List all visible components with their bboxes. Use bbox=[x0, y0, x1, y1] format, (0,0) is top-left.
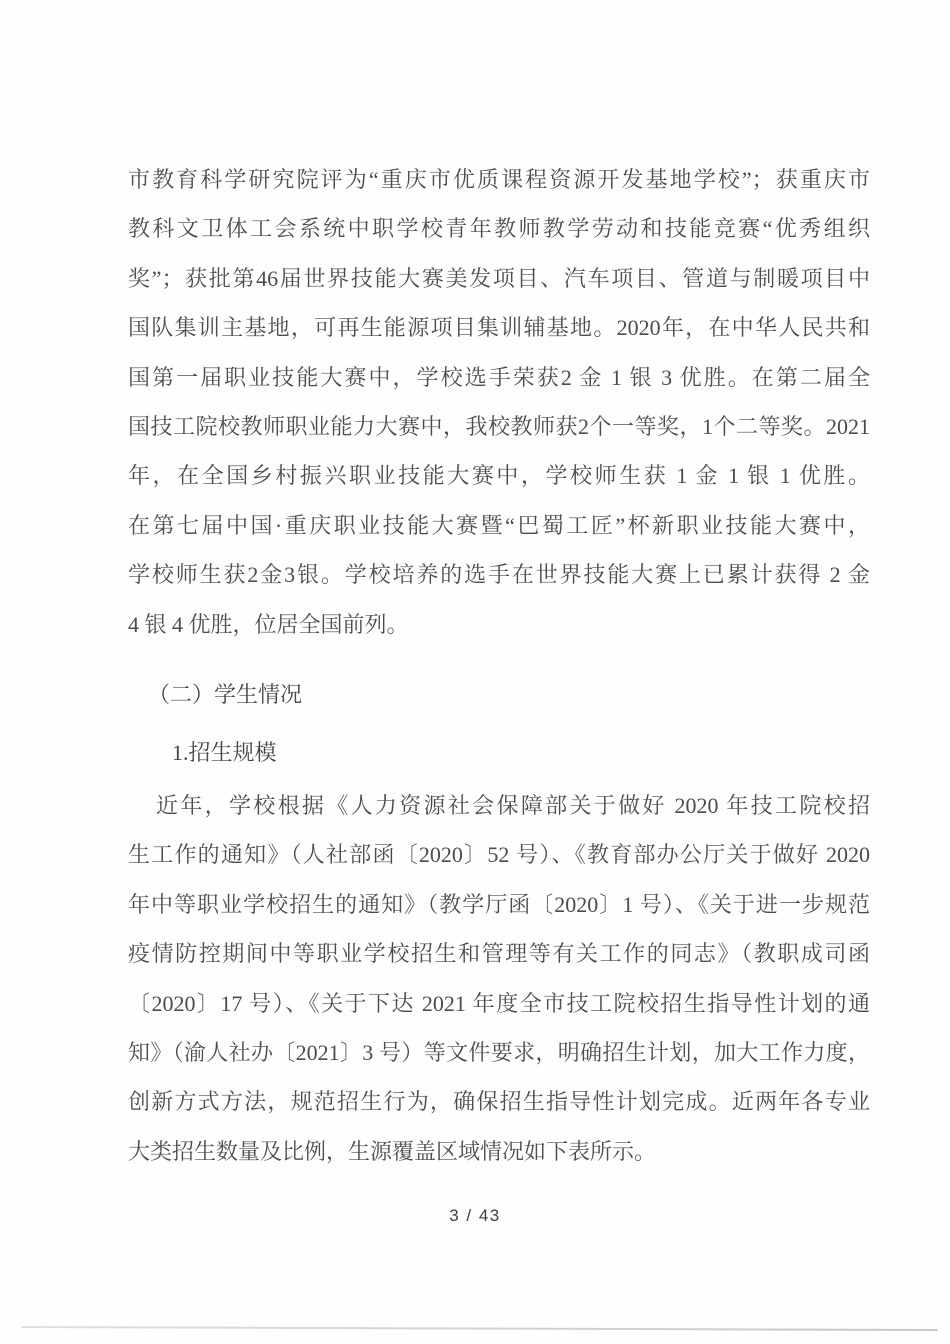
body-line: 学校师生获2金3银。学校培养的选手在世界技能大赛上已累计获得 2 金 bbox=[128, 550, 870, 599]
scanned-document-page: 市教育科学研究院评为“重庆市优质课程资源开发基地学校”；获重庆市 教科文卫体工会… bbox=[0, 0, 950, 1344]
body-line: 创新方式方法，规范招生行为，确保招生指导性计划完成。近两年各专业 bbox=[128, 1077, 870, 1126]
body-line: 近年，学校根据《人力资源社会保障部关于做好 2020 年技工院校招 bbox=[128, 781, 870, 830]
body-line: 疫情防控期间中等职业学校招生和管理等有关工作的同志》（教职成司函 bbox=[128, 929, 870, 978]
body-line: 年，在全国乡村振兴职业技能大赛中，学校师生获 1 金 1 银 1 优胜。 bbox=[128, 451, 870, 500]
section-heading-students: （二）学生情况 bbox=[128, 670, 890, 719]
paragraph-achievements: 市教育科学研究院评为“重庆市优质课程资源开发基地学校”；获重庆市 教科文卫体工会… bbox=[128, 155, 870, 649]
body-line: 生工作的通知》（人社部函〔2020〕52 号）、《教育部办公厅关于做好 2020 bbox=[128, 830, 870, 879]
body-line: 国队集训主基地，可再生能源项目集训辅基地。2020年，在中华人民共和 bbox=[128, 303, 870, 352]
body-line: 国第一届职业技能大赛中，学校选手荣获2 金 1 银 3 优胜。在第二届全 bbox=[128, 353, 870, 402]
body-line: 年中等职业学校招生的通知》（教学厅函〔2020〕1 号）、《关于进一步规范 bbox=[128, 880, 870, 929]
scan-edge-artifact bbox=[21, 1326, 938, 1331]
body-line: 〔2020〕17 号）、《关于下达 2021 年度全市技工院校招生指导性计划的通 bbox=[128, 979, 870, 1028]
body-line: 在第七届中国·重庆职业技能大赛暨“巴蜀工匠”杯新职业技能大赛中， bbox=[128, 501, 870, 550]
subsection-heading-enrollment-scale: 1.招生规模 bbox=[128, 728, 914, 777]
page-number-indicator: 3 / 43 bbox=[0, 1203, 950, 1229]
body-line: 大类招生数量及比例，生源覆盖区域情况如下表所示。 bbox=[128, 1127, 870, 1176]
body-line: 市教育科学研究院评为“重庆市优质课程资源开发基地学校”；获重庆市 bbox=[128, 155, 870, 204]
body-line: 知》（渝人社办〔2021〕3 号）等文件要求，明确招生计划，加大工作力度， bbox=[128, 1028, 870, 1077]
paragraph-enrollment: 近年，学校根据《人力资源社会保障部关于做好 2020 年技工院校招 生工作的通知… bbox=[128, 781, 870, 1176]
body-line: 国技工院校教师职业能力大赛中，我校教师获2个一等奖，1个二等奖。2021 bbox=[128, 402, 870, 451]
body-line: 奖”；获批第46届世界技能大赛美发项目、汽车项目、管道与制暖项目中 bbox=[128, 254, 870, 303]
body-line: 教科文卫体工会系统中职学校青年教师教学劳动和技能竞赛“优秀组织 bbox=[128, 204, 870, 253]
body-line: 4 银 4 优胜，位居全国前列。 bbox=[128, 600, 870, 649]
